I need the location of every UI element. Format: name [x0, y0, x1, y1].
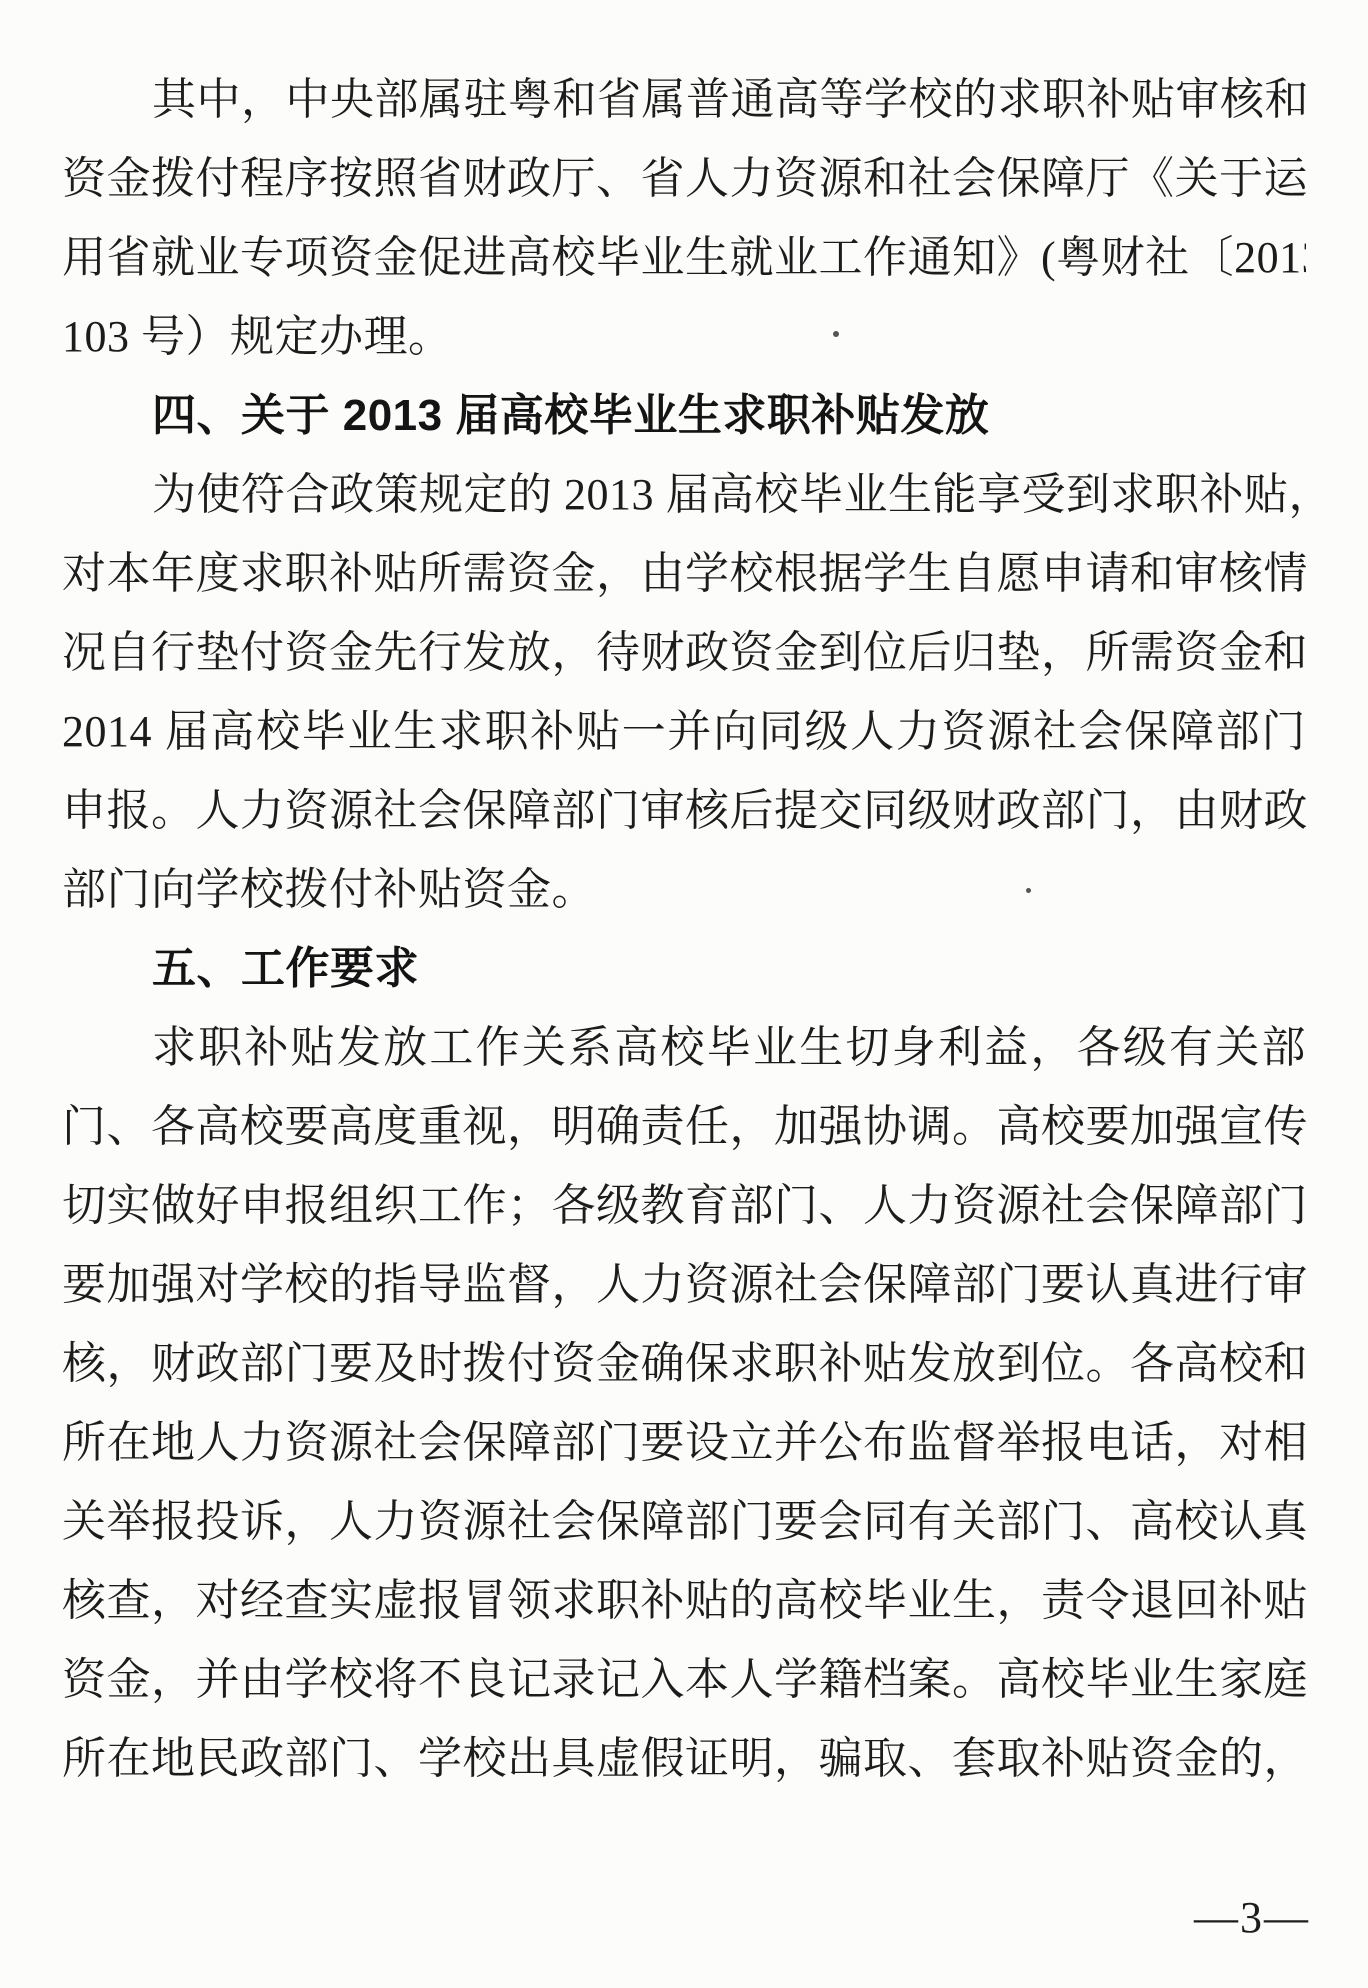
text-line: 核，财政部门要及时拨付资金确保求职补贴发放到位。各高校和 [62, 1324, 1306, 1403]
text-line: 求职补贴发放工作关系高校毕业生切身利益，各级有关部 [62, 1008, 1306, 1087]
scan-speck [833, 331, 839, 337]
text-line: 要加强对学校的指导监督，人力资源社会保障部门要认真进行审 [62, 1245, 1306, 1324]
text-line: 其中，中央部属驻粤和省属普通高等学校的求职补贴审核和 [62, 60, 1306, 139]
document-body: 其中，中央部属驻粤和省属普通高等学校的求职补贴审核和资金拨付程序按照省财政厅、省… [62, 60, 1306, 1798]
text-line: 为使符合政策规定的 2013 届高校毕业生能享受到求职补贴， [62, 455, 1306, 534]
text-line: 所在地民政部门、学校出具虚假证明，骗取、套取补贴资金的， [62, 1719, 1306, 1798]
text-line: 资金拨付程序按照省财政厅、省人力资源和社会保障厅《关于运 [62, 139, 1306, 218]
text-line: 申报。人力资源社会保障部门审核后提交同级财政部门，由财政 [62, 771, 1306, 850]
text-line: 关举报投诉，人力资源社会保障部门要会同有关部门、高校认真 [62, 1482, 1306, 1561]
text-line: 2014 届高校毕业生求职补贴一并向同级人力资源社会保障部门 [62, 692, 1306, 771]
text-line: 所在地人力资源社会保障部门要设立并公布监督举报电话，对相 [62, 1403, 1306, 1482]
text-line: 况自行垫付资金先行发放，待财政资金到位后归垫，所需资金和 [62, 613, 1306, 692]
scan-speck [1026, 888, 1031, 893]
text-line: 核查，对经查实虚报冒领求职补贴的高校毕业生，责令退回补贴 [62, 1561, 1306, 1640]
text-line: 切实做好申报组织工作；各级教育部门、人力资源社会保障部门 [62, 1166, 1306, 1245]
text-line: 103 号）规定办理。 [62, 297, 1306, 376]
page-number: —3— [1194, 1892, 1310, 1943]
text-line: 用省就业专项资金促进高校毕业生就业工作通知》(粤财社〔2013〕 [62, 218, 1306, 297]
text-line: 对本年度求职补贴所需资金，由学校根据学生自愿申请和审核情 [62, 534, 1306, 613]
text-line: 门、各高校要高度重视，明确责任，加强协调。高校要加强宣传， [62, 1087, 1306, 1166]
section-heading: 五、工作要求 [62, 929, 1306, 1008]
text-line: 资金，并由学校将不良记录记入本人学籍档案。高校毕业生家庭 [62, 1640, 1306, 1719]
section-heading: 四、关于 2013 届高校毕业生求职补贴发放 [62, 376, 1306, 455]
document-page: 其中，中央部属驻粤和省属普通高等学校的求职补贴审核和资金拨付程序按照省财政厅、省… [0, 0, 1368, 1988]
text-line: 部门向学校拨付补贴资金。 [62, 850, 1306, 929]
